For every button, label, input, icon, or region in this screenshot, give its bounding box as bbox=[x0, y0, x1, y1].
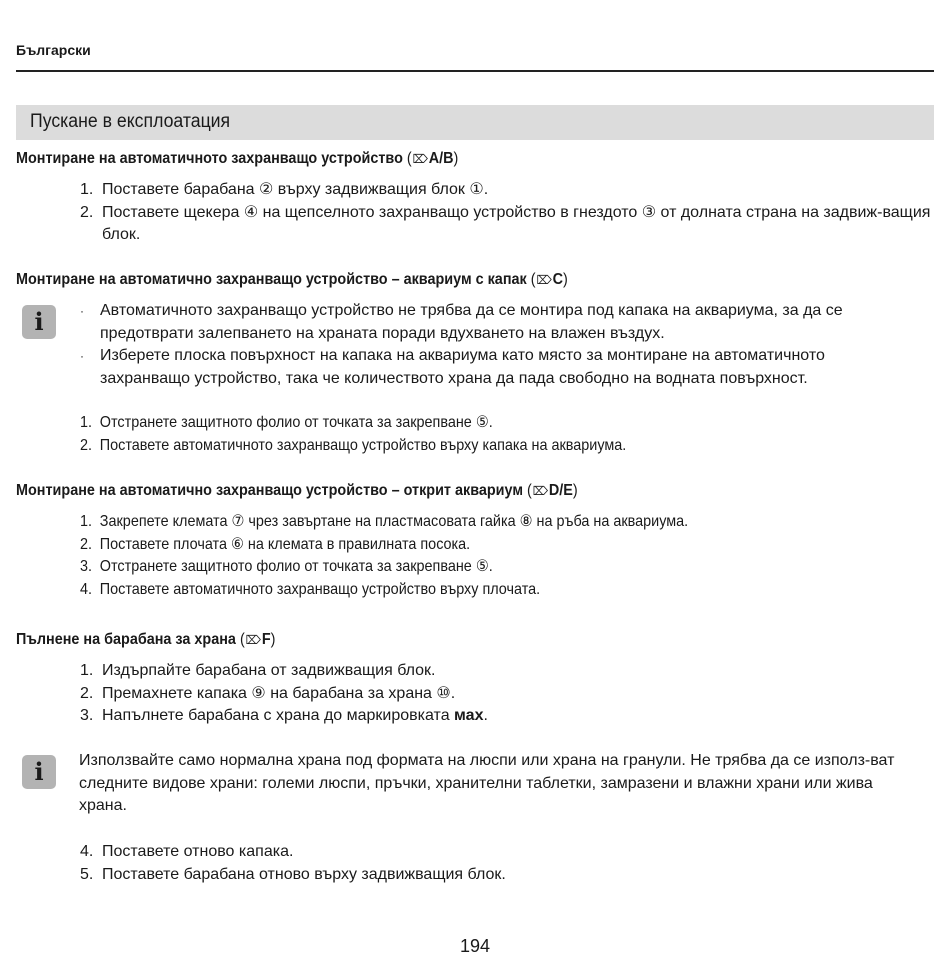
list-item: 2.Поставете автоматичното захранващо уст… bbox=[80, 435, 626, 458]
list-item: 4.Поставете отново капака. bbox=[80, 841, 506, 864]
list-item: 3.Отстранете защитното фолио от точката … bbox=[80, 556, 688, 579]
page-number: 194 bbox=[0, 936, 950, 955]
steps-fill-drum-continued: 4.Поставете отново капака. 5.Поставете б… bbox=[80, 841, 506, 886]
info-note: Използвайте само нормална храна под форм… bbox=[79, 750, 924, 818]
section-title: Пускане в експлоатация bbox=[30, 111, 230, 133]
language-label: Български bbox=[16, 42, 91, 58]
heading-mount-unit: Монтиране на автоматичното захранващо ус… bbox=[16, 150, 458, 168]
figure-reference-icon: ⌦ bbox=[532, 484, 549, 498]
figure-reference-icon: ⌦ bbox=[245, 633, 262, 647]
list-item: ·Изберете плоска повърхност на капака на… bbox=[80, 345, 910, 390]
figure-reference-icon: ⌦ bbox=[536, 273, 553, 287]
header-divider bbox=[16, 70, 934, 72]
list-item: 3.Напълнете барабана с храна до маркиров… bbox=[80, 705, 488, 728]
section-header: Пускане в експлоатация bbox=[16, 105, 934, 140]
steps-mount-unit: 1.Поставете барабана ② върху задвижващия… bbox=[80, 179, 935, 247]
list-item: 1.Издърпайте барабана от задвижващия бло… bbox=[80, 660, 488, 683]
list-item: 5.Поставете барабана отново върху задвиж… bbox=[80, 864, 506, 887]
figure-reference: (⌦F) bbox=[240, 631, 275, 648]
steps-mount-open: 1.Закрепете клемата ⑦ чрез завъртане на … bbox=[80, 511, 688, 601]
list-item: 4.Поставете автоматичното захранващо уст… bbox=[80, 579, 688, 602]
list-item: 1.Поставете барабана ② върху задвижващия… bbox=[80, 179, 935, 202]
list-item: 1.Закрепете клемата ⑦ чрез завъртане на … bbox=[80, 511, 688, 534]
steps-fill-drum: 1.Издърпайте барабана от задвижващия бло… bbox=[80, 660, 488, 728]
heading-mount-lid: Монтиране на автоматично захранващо устр… bbox=[16, 271, 568, 289]
figure-reference: (⌦A/B) bbox=[407, 150, 458, 167]
steps-mount-lid: 1.Отстранете защитното фолио от точката … bbox=[80, 412, 626, 457]
list-item: ·Автоматичното захранващо устройство не … bbox=[80, 300, 910, 345]
figure-reference: (⌦D/E) bbox=[527, 482, 578, 499]
list-item: 1.Отстранете защитното фолио от точката … bbox=[80, 412, 626, 435]
info-icon: i bbox=[22, 305, 56, 339]
list-item: 2.Поставете щекера ④ на щепселното захра… bbox=[80, 202, 935, 247]
figure-reference-icon: ⌦ bbox=[412, 152, 429, 166]
figure-reference: (⌦C) bbox=[531, 271, 568, 288]
list-item: 2.Поставете плочата ⑥ на клемата в прави… bbox=[80, 534, 688, 557]
info-bullets: ·Автоматичното захранващо устройство не … bbox=[80, 300, 910, 390]
list-item: 2.Премахнете капака ⑨ на барабана за хра… bbox=[80, 683, 488, 706]
info-icon: i bbox=[22, 755, 56, 789]
heading-fill-drum: Пълнене на барабана за храна (⌦F) bbox=[16, 631, 275, 649]
heading-mount-open: Монтиране на автоматично захранващо устр… bbox=[16, 482, 578, 500]
